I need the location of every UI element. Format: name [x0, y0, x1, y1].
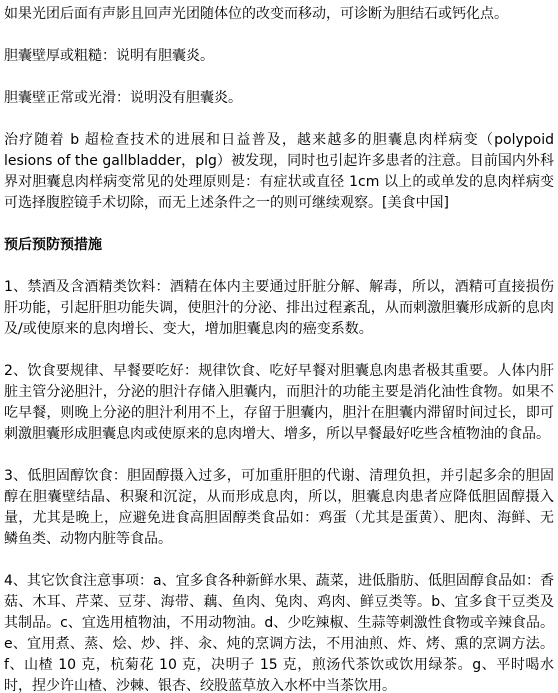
paragraph-gallbladder-wall-thick: 胆囊壁厚或粗糙：说明有胆囊炎。 — [4, 46, 554, 67]
paragraph-gallbladder-wall-normal: 胆囊壁正常或光滑：说明没有胆囊炎。 — [4, 88, 554, 109]
paragraph-item-4-other-diet-notes: 4、其它饮食注意事项：a、宜多食各种新鲜水果、蔬菜，进低脂肪、低胆固醇食品如：香… — [4, 571, 554, 693]
paragraph-item-2-regular-diet-breakfast: 2、饮食要规律、早餐要吃好：规律饮食、吃好早餐对胆囊息肉患者极其重要。人体内肝脏… — [4, 361, 554, 445]
section-heading-prognosis-prevention: 预后预防预措施 — [4, 235, 554, 256]
paragraph-item-1-no-alcohol: 1、禁酒及含酒精类饮料：酒精在体内主要通过肝脏分解、解毒，所以，酒精可直接损伤肝… — [4, 277, 554, 340]
document-page: 如果光团后面有声影且回声光团随体位的改变而移动，可诊断为胆结石或钙化点。 胆囊壁… — [0, 0, 558, 693]
paragraph-item-3-low-cholesterol-diet: 3、低胆固醇饮食：胆固醇摄入过多，可加重肝胆的代谢、清理负担，并引起多余的胆固醇… — [4, 466, 554, 550]
paragraph-echo-shadow-diagnosis: 如果光团后面有声影且回声光团随体位的改变而移动，可诊断为胆结石或钙化点。 — [4, 4, 554, 25]
paragraph-treatment-principles: 治疗随着 b 超检查技术的进展和日益普及，越来越多的胆囊息肉样病变（polypo… — [4, 130, 554, 214]
